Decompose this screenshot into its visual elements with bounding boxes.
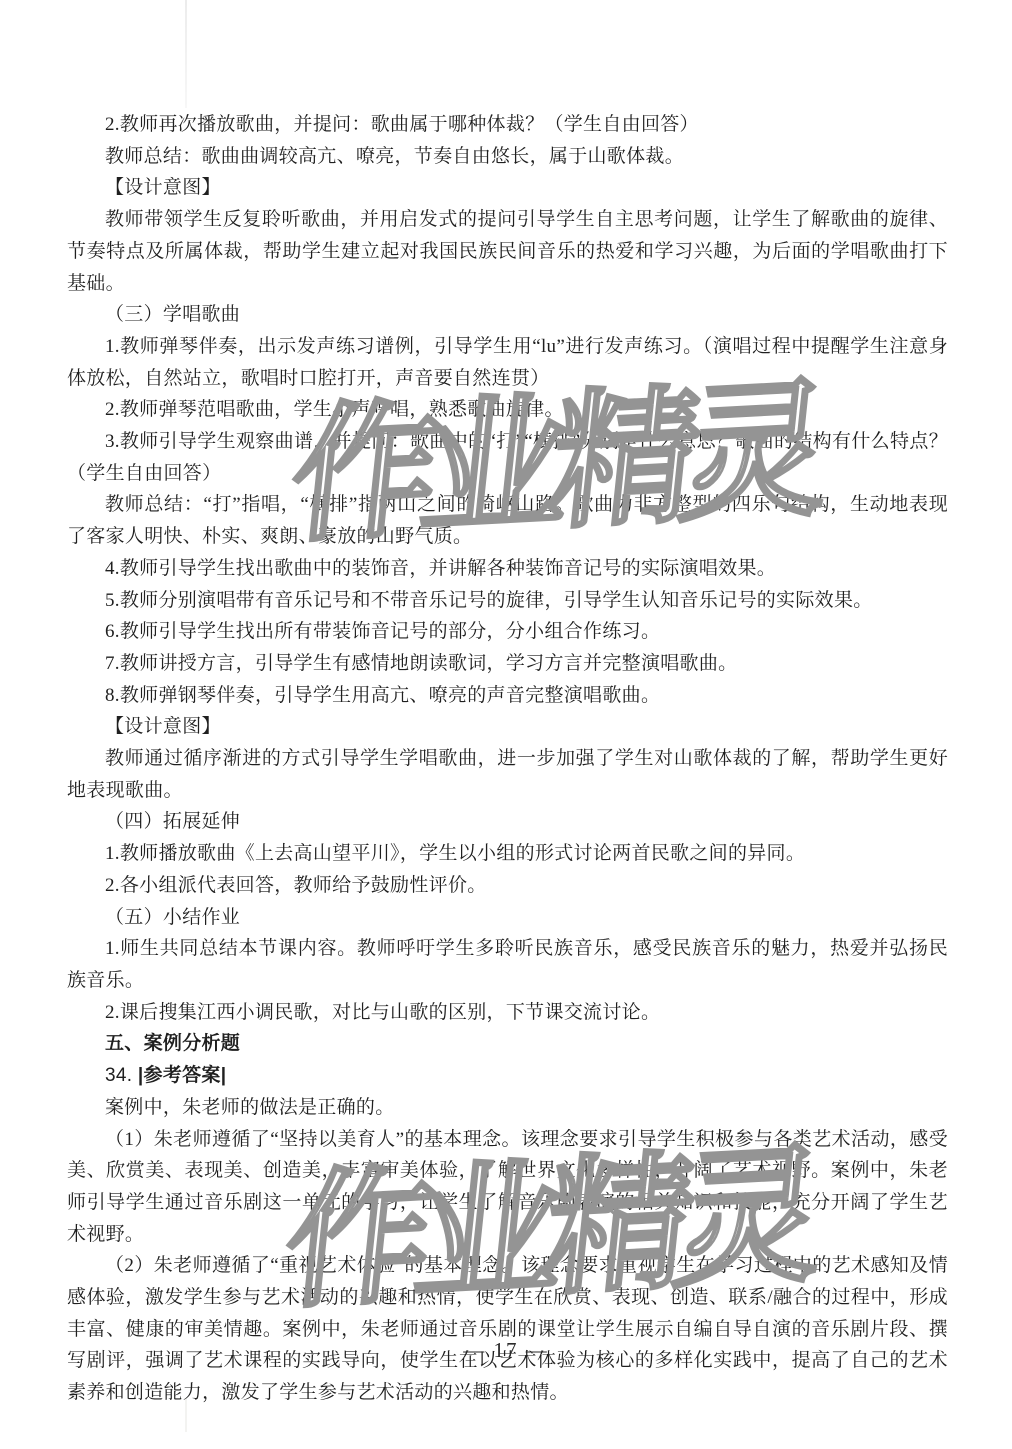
- paragraph: （四）拓展延伸: [67, 806, 948, 838]
- paragraph: 5.教师分别演唱带有音乐记号和不带音乐记号的旋律，引导学生认知音乐记号的实际效果…: [67, 585, 948, 617]
- paragraph: 教师总结：歌曲曲调较高亢、嘹亮，节奏自由悠长，属于山歌体裁。: [67, 141, 948, 173]
- paragraph: （2）朱老师遵循了“重视艺术体验”的基本理念。该理念要求重视学生在学习过程中的艺…: [67, 1250, 948, 1409]
- paragraph: 1.教师弹琴伴奏，出示发声练习谱例，引导学生用“lu”进行发声练习。（演唱过程中…: [67, 331, 948, 394]
- paragraph: 4.教师引导学生找出歌曲中的装饰音，并讲解各种装饰音记号的实际演唱效果。: [67, 553, 948, 585]
- paragraph: 34. |参考答案|: [67, 1060, 948, 1092]
- paragraph: 教师总结：“打”指唱，“横排”指两山之间的崎岖山路。歌曲为非方整型的四乐句结构，…: [67, 489, 948, 552]
- paragraph: 2.各小组派代表回答，教师给予鼓励性评价。: [67, 870, 948, 902]
- paragraph: 【设计意图】: [67, 711, 948, 743]
- paragraph: 7.教师讲授方言，引导学生有感情地朗读歌词，学习方言并完整演唱歌曲。: [67, 648, 948, 680]
- paragraph: 2.教师弹琴范唱歌曲，学生小声哼唱，熟悉歌曲旋律。: [67, 394, 948, 426]
- paragraph: （五）小结作业: [67, 902, 948, 934]
- paragraph: 2.课后搜集江西小调民歌，对比与山歌的区别，下节课交流讨论。: [67, 997, 948, 1029]
- paragraph: （三）学唱歌曲: [67, 299, 948, 331]
- paragraph: 【设计意图】: [67, 172, 948, 204]
- scan-artifact-line-top: [185, 0, 187, 108]
- paragraph: 教师带领学生反复聆听歌曲，并用启发式的提问引导学生自主思考问题，让学生了解歌曲的…: [67, 204, 948, 299]
- document-content: 2.教师再次播放歌曲，并提问：歌曲属于哪种体裁？（学生自由回答）教师总结：歌曲曲…: [67, 109, 948, 1409]
- paragraph: 1.教师播放歌曲《上去高山望平川》，学生以小组的形式讨论两首民歌之间的异同。: [67, 838, 948, 870]
- paragraph: 8.教师弹钢琴伴奏，引导学生用高亢、嘹亮的声音完整演唱歌曲。: [67, 680, 948, 712]
- answer-label: |参考答案|: [138, 1065, 226, 1086]
- paragraph: 3.教师引导学生观察曲谱，并提问：歌曲中的“打”“横排”分别是什么意思？歌曲的结…: [67, 426, 948, 489]
- paragraph: 2.教师再次播放歌曲，并提问：歌曲属于哪种体裁？（学生自由回答）: [67, 109, 948, 141]
- paragraph: 案例中，朱老师的做法是正确的。: [67, 1092, 948, 1124]
- scanned-document-page: 2.教师再次播放歌曲，并提问：歌曲属于哪种体裁？（学生自由回答）教师总结：歌曲曲…: [0, 0, 1012, 1449]
- paragraph: 五、案例分析题: [67, 1028, 948, 1060]
- paragraph: 教师通过循序渐进的方式引导学生学唱歌曲，进一步加强了学生对山歌体裁的了解，帮助学…: [67, 743, 948, 806]
- paragraph: （1）朱老师遵循了“坚持以美育人”的基本理念。该理念要求引导学生积极参与各类艺术…: [67, 1124, 948, 1251]
- paragraph: 6.教师引导学生找出所有带装饰音记号的部分，分小组合作练习。: [67, 616, 948, 648]
- paragraph: 1.师生共同总结本节课内容。教师呼吁学生多聆听民族音乐，感受民族音乐的魅力，热爱…: [67, 933, 948, 996]
- page-number: — 17 —: [0, 1338, 1012, 1363]
- question-number: 34.: [105, 1065, 138, 1086]
